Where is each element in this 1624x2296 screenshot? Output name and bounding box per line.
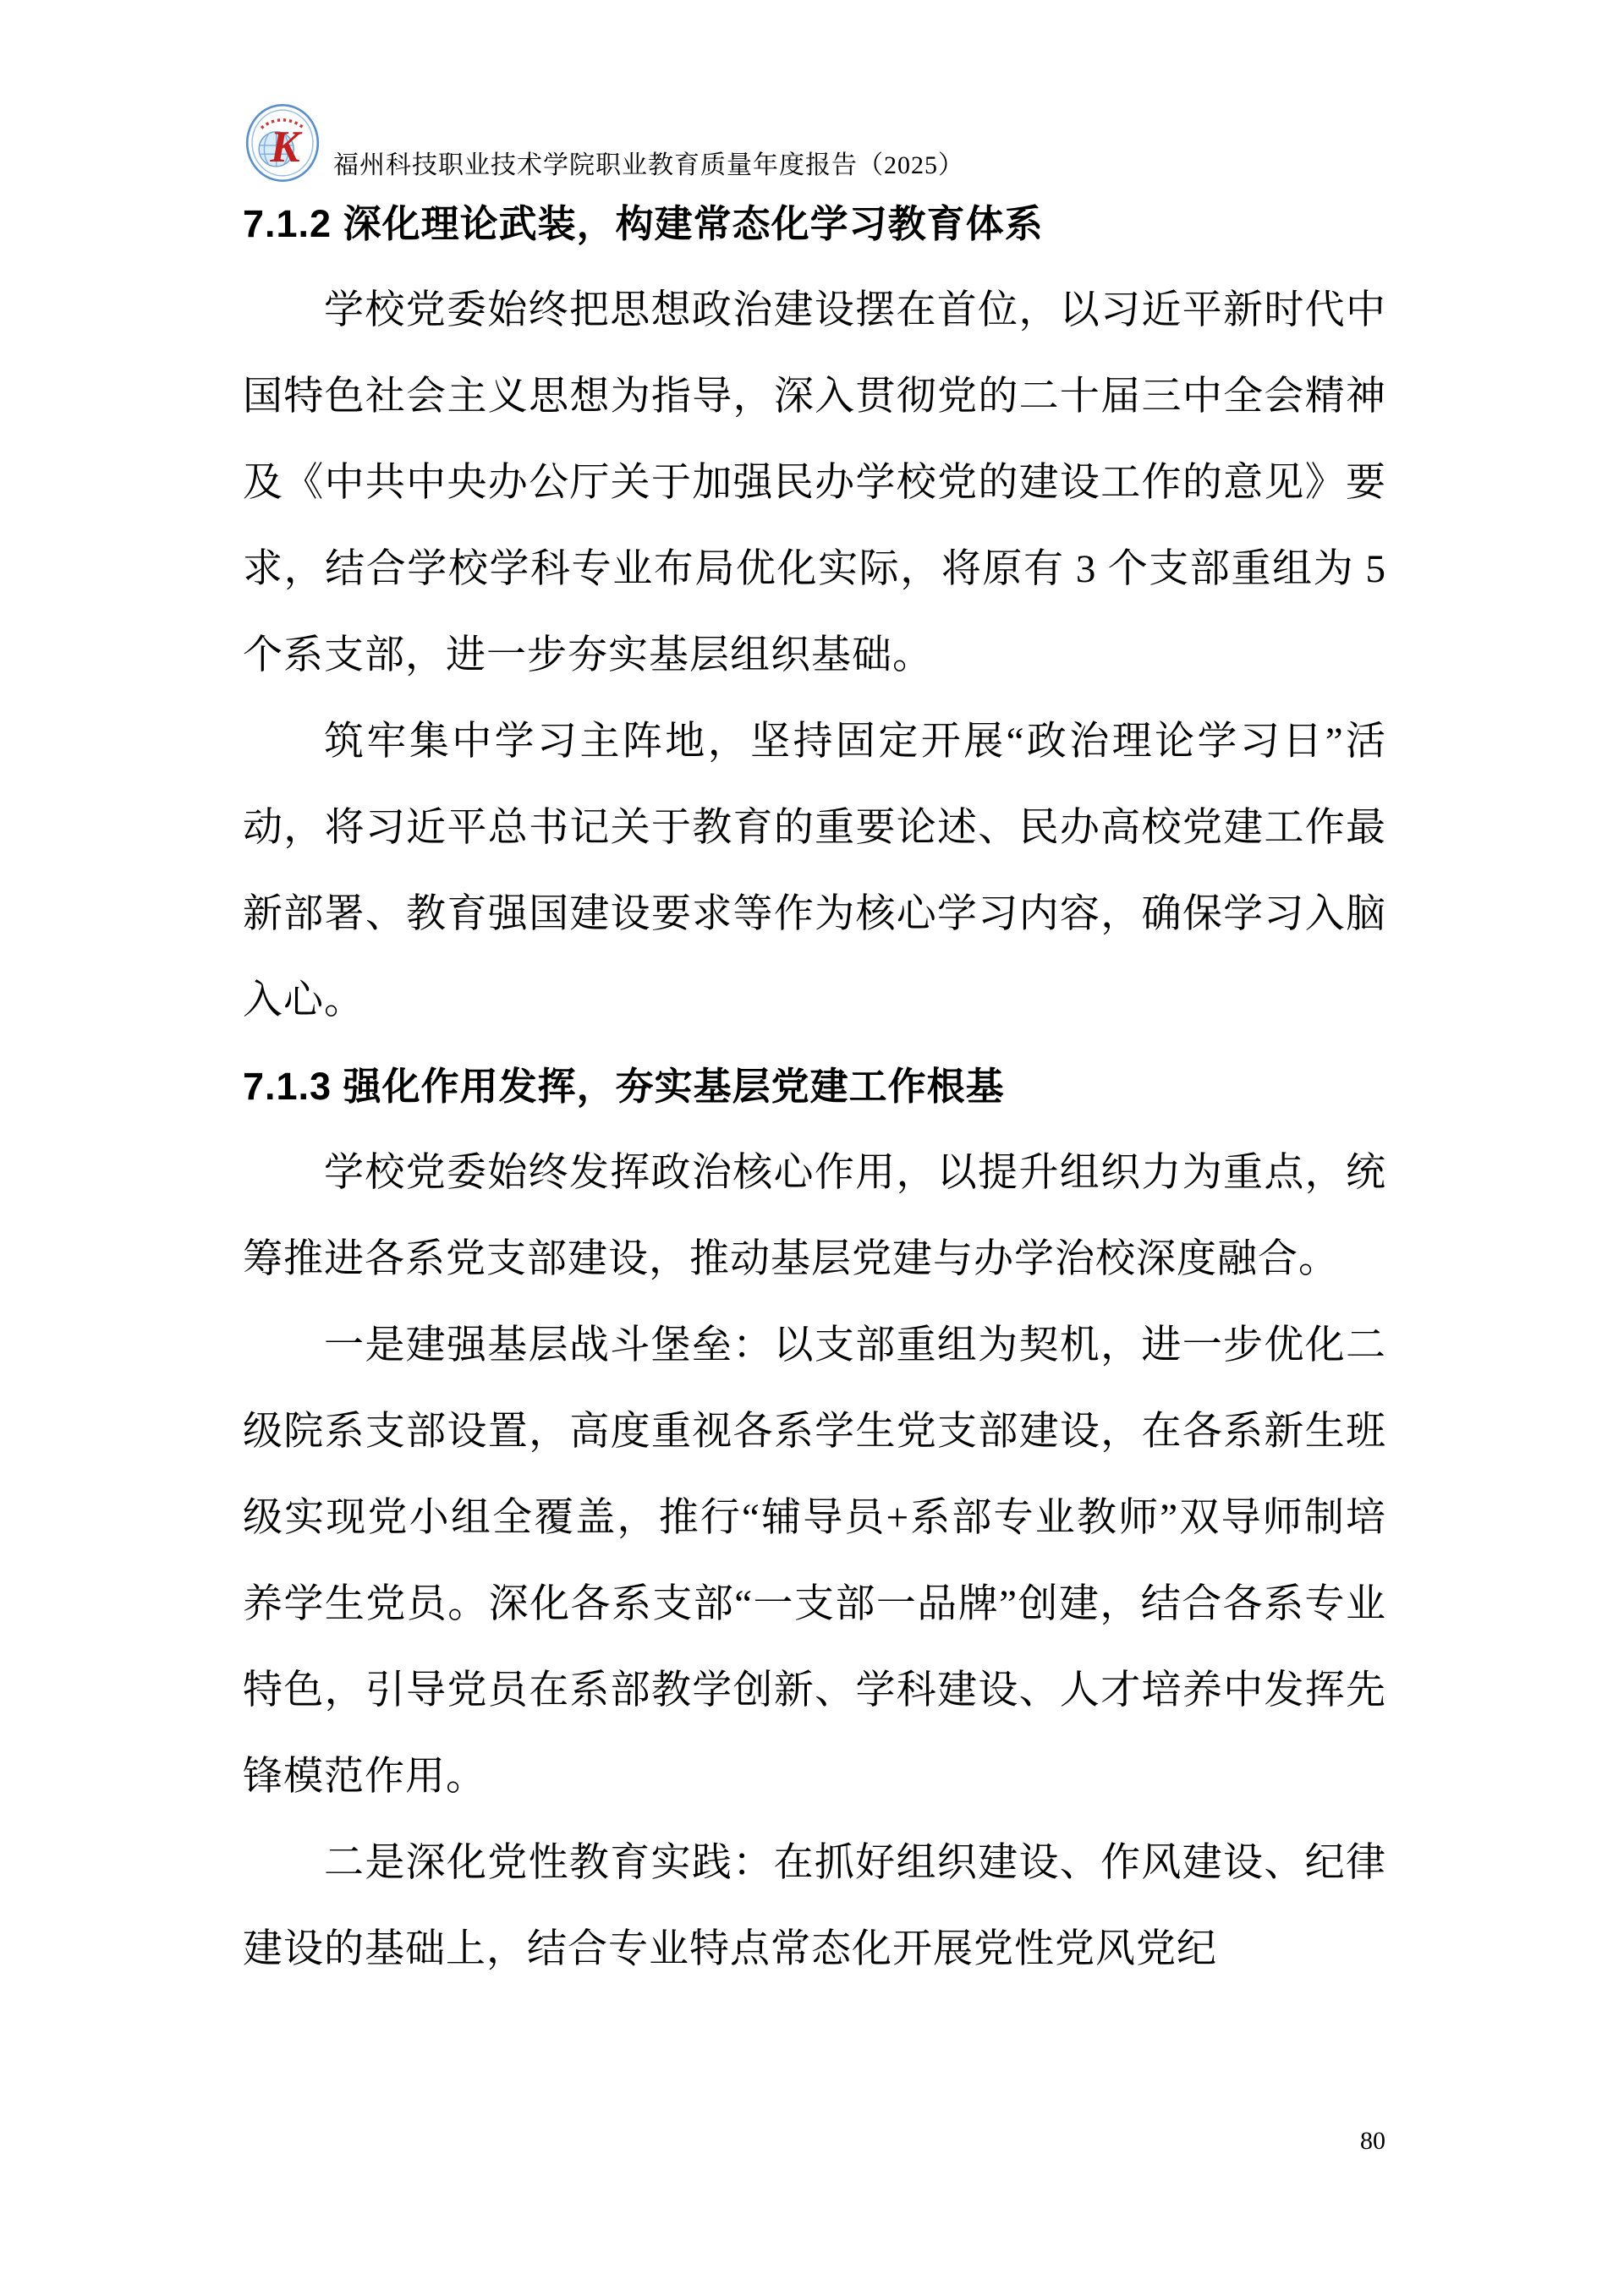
page-header: K 福州科技职业技术学院职业教育质量年度报告（2025）: [245, 103, 964, 183]
paragraph: 一是建强基层战斗堡垒：以支部重组为契机，进一步优化二级院系支部设置，高度重视各系…: [243, 1302, 1386, 1820]
report-title: 福州科技职业技术学院职业教育质量年度报告（2025）: [333, 150, 964, 184]
document-page: K 福州科技职业技术学院职业教育质量年度报告（2025） 7.1.2 深化理论武…: [0, 0, 1624, 2296]
logo-letter: K: [269, 123, 303, 172]
section-heading-712: 7.1.2 深化理论武装，构建常态化学习教育体系: [243, 181, 1386, 267]
paragraph: 筑牢集中学习主阵地，坚持固定开展“政治理论学习日”活动，将习近平总书记关于教育的…: [243, 699, 1386, 1044]
section-heading-713: 7.1.3 强化作用发挥，夯实基层党建工作根基: [243, 1044, 1386, 1130]
page-number: 80: [1360, 2127, 1385, 2156]
school-logo-icon: K: [245, 103, 320, 183]
page-body: 7.1.2 深化理论武装，构建常态化学习教育体系 学校党委始终把思想政治建设摆在…: [243, 181, 1386, 1992]
paragraph: 学校党委始终发挥政治核心作用，以提升组织力为重点，统筹推进各系党支部建设，推动基…: [243, 1130, 1386, 1302]
paragraph: 二是深化党性教育实践：在抓好组织建设、作风建设、纪律建设的基础上，结合专业特点常…: [243, 1820, 1386, 1992]
paragraph: 学校党委始终把思想政治建设摆在首位，以习近平新时代中国特色社会主义思想为指导，深…: [243, 267, 1386, 699]
